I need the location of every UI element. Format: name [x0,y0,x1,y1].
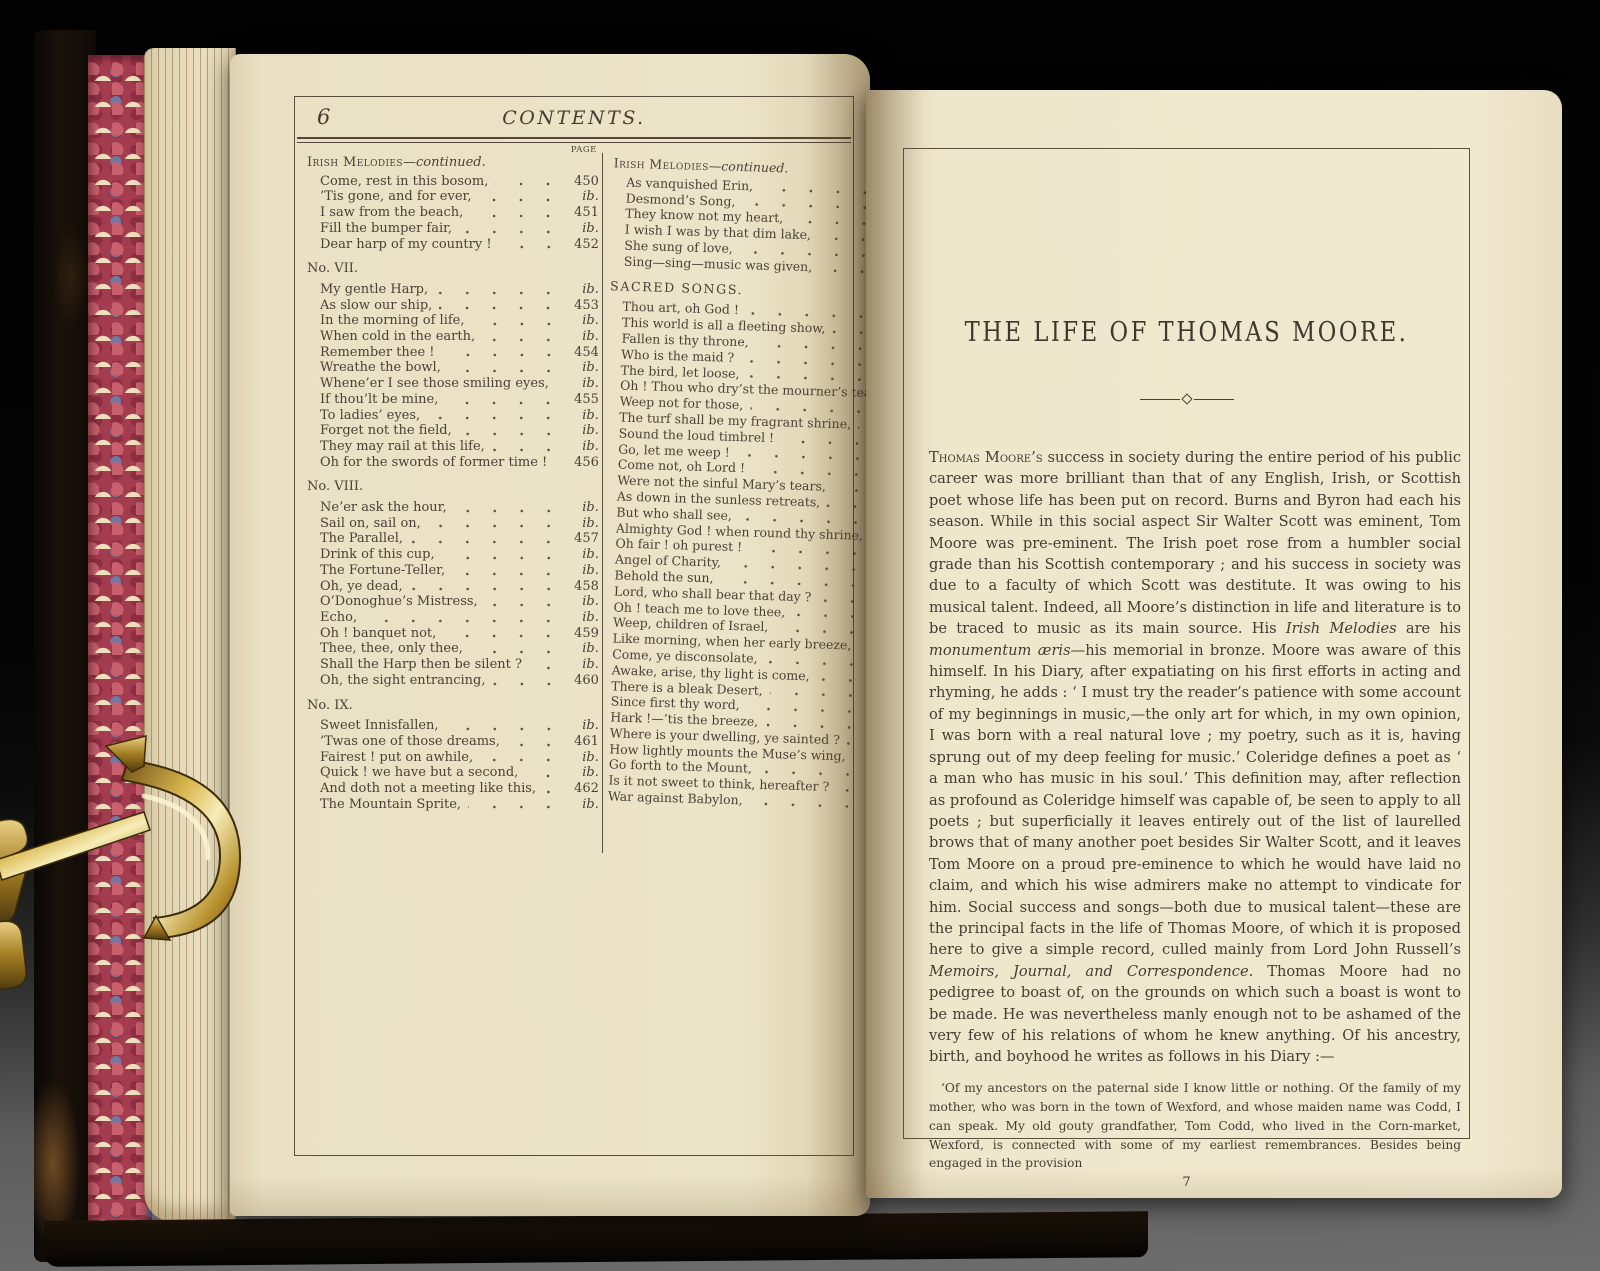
dot-leader [468,801,562,811]
entry-page: 452 [567,237,599,253]
dot-leader [410,536,562,546]
section-heading: No. VII. [307,261,599,277]
contents-entry: Drink of this cup,ib. [307,547,599,563]
entry-title: Oh for the swords of former time ! [320,455,547,471]
contents-entry: Oh for the swords of former time !456 [307,455,599,471]
book-cover-bottom-edge [44,1211,1148,1267]
contents-entry: Remember thee !454 [307,345,599,361]
dot-leader [480,754,562,764]
contents-entry: Forget not the field,ib. [307,423,599,439]
dot-leader [499,241,562,251]
dot-leader [442,552,562,562]
italic-phrase: monumentum æris [929,642,1071,659]
photo-background: 6 CONTENTS. Irish Melodies—continued.PAG… [0,0,1600,1271]
entry-page: 450 [567,174,599,190]
dot-leader [459,428,562,438]
entry-page: ib. [567,221,599,237]
dot-leader [495,178,562,188]
contents-entry: Thee, thee, only thee,ib. [307,641,599,657]
page-number-right: 7 [904,1175,1469,1190]
diamond-ornament-icon [1181,393,1192,404]
dot-leader [459,226,562,236]
divider-line [1194,399,1234,400]
entry-title: Ne’er ask the hour, [320,500,447,516]
dot-leader [445,397,562,407]
contents-entry: ’Twas one of those dreams,461 [307,734,599,750]
dot-leader [493,678,562,688]
column-heading-italic: —continued. [708,158,788,175]
clasp-hinge [0,921,26,990]
italic-phrase: Irish Melodies [1286,620,1397,637]
contents-entry: Quick ! we have but a second,ib. [307,765,599,781]
book-cover-spine [34,30,96,1262]
ornamental-divider [904,395,1469,403]
column-heading-italic: —continued. [403,155,486,170]
entry-title: O’Donoghue’s Mistress, [320,594,478,610]
entry-title: Fairest ! put on awhile, [320,750,473,766]
entry-page: ib. [567,282,599,298]
contents-entry: And doth not a meeting like this,462 [307,781,599,797]
entry-title: ’Twas one of those dreams, [320,734,500,750]
dot-leader [478,194,561,204]
entry-title: Oh, ye dead, [320,579,403,595]
contents-entry: Come, rest in this bosom,450 [307,174,599,190]
body-paragraph: Thomas Moore’s success in society during… [929,447,1461,1068]
page-edge-stack [144,48,236,1222]
contents-entry: I saw from the beach,451 [307,205,599,221]
quote-paragraph: ‘Of my ancestors on the paternal side I … [929,1079,1461,1174]
contents-entry: Shall the Harp then be silent ?ib. [307,657,599,673]
entry-title: The Parallel, [320,531,403,547]
contents-entry: When cold in the earth,ib. [307,329,599,345]
entry-title: The Fortune-Teller, [320,563,445,579]
contents-entry: To ladies’ eyes,ib. [307,408,599,424]
contents-entry: Fill the bumper fair,ib. [307,221,599,237]
entry-title: Wreathe the bowl, [320,360,441,376]
entry-title: ’Tis gone, and for ever, [320,189,471,205]
entry-page: 456 [567,455,599,471]
entry-page: 454 [567,345,599,361]
column-heading-smallcaps: Irish Melodies [307,155,403,170]
dot-leader [525,770,562,780]
lead-smallcaps: Thomas Moore’s [929,449,1043,466]
column-heading-smallcaps: Irish Melodies [613,155,708,173]
clasp-anchor-bow [122,760,240,938]
page-column-label: PAGE [571,143,597,159]
italic-phrase: Memoirs, Journal, and Correspondence [929,963,1249,980]
dot-leader [446,723,562,733]
contents-entry: Echo,ib. [307,610,599,626]
dot-leader [472,318,562,328]
dot-leader [428,520,562,530]
contents-entry: Whene’er I see those smiling eyes,ib. [307,376,599,392]
contents-frame: 6 CONTENTS. Irish Melodies—continued.PAG… [294,96,854,1156]
contents-entry: Sail on, sail on,ib. [307,516,599,532]
dot-leader [454,505,562,515]
contents-entry: O’Donoghue’s Mistress,ib. [307,594,599,610]
entry-title: Dear harp of my country ! [320,237,492,253]
entry-page: ib. [567,423,599,439]
dot-leader [364,615,562,625]
body-text: success in society during the entire per… [929,449,1461,637]
contents-page-header: 6 CONTENTS. [299,103,849,133]
dot-leader [452,568,562,578]
dot-leader [410,583,562,593]
body-text: —his memorial in bronze. Moore was aware… [929,642,1461,959]
dot-leader [443,630,562,640]
entry-title: Echo, [320,610,357,626]
entry-title: To ladies’ eyes, [320,408,420,424]
contents-entry: Oh, ye dead,458 [307,579,599,595]
entry-page: 451 [567,205,599,221]
entry-title: Whene’er I see those smiling eyes, [320,376,549,392]
contents-entry: Sweet Innisfallen,ib. [307,718,599,734]
chapter-title: THE LIFE OF THOMAS MOORE. [949,317,1424,348]
entry-title: Drink of this cup, [320,547,435,563]
contents-entry: Dear harp of my country !452 [307,237,599,253]
entry-page: ib. [567,189,599,205]
clasp-top-fluke [106,736,146,772]
entry-title: War against Babylon, [608,788,743,808]
entry-title: If thou’lt be mine, [320,392,438,408]
dot-leader [554,459,562,469]
column-heading: Irish Melodies—continued.PAGE [307,155,599,171]
dot-leader [442,349,562,359]
entry-page: ib. [567,313,599,329]
entry-title: They may rail at this life, [320,439,485,455]
dot-leader [482,334,562,344]
contents-header: CONTENTS. [299,107,849,129]
entry-title: As slow our ship, [320,298,432,314]
entry-title: Quick ! we have but a second, [320,765,518,781]
contents-column-1: Irish Melodies—continued.PAGECome, rest … [307,155,605,812]
entry-title: Shall the Harp then be silent ? [320,657,522,673]
marbled-endpaper [88,55,152,1235]
dot-leader [492,444,562,454]
contents-entry: The Mountain Sprite,ib. [307,797,599,813]
left-page: 6 CONTENTS. Irish Melodies—continued.PAG… [230,54,870,1216]
dot-leader [485,599,562,609]
section-heading: No. IX. [307,698,599,714]
contents-entry: My gentle Harp,ib. [307,282,599,298]
entry-page: ib. [567,360,599,376]
contents-columns: Irish Melodies—continued.PAGECome, rest … [295,143,853,812]
section-heading: No. VIII. [307,479,599,495]
contents-entry: Oh ! banquet not,459 [307,626,599,642]
entry-title: Come, rest in this bosom, [320,174,488,190]
contents-entry: They may rail at this life,ib. [307,439,599,455]
entry-page: 453 [567,298,599,314]
entry-page: ib. [567,329,599,345]
dot-leader [470,646,562,656]
contents-entry: ’Tis gone, and for ever,ib. [307,189,599,205]
divider-line [1140,399,1180,400]
dot-leader [439,302,562,312]
entry-title: Remember thee ! [320,345,435,361]
dot-leader [529,662,562,672]
dot-leader [543,786,562,796]
body-text: are his [1397,620,1461,637]
entry-page: ib. [567,439,599,455]
brass-clasp [0,726,268,1022]
entry-title: Oh, the sight entrancing, [320,673,486,689]
dot-leader [448,365,562,375]
chapter-frame: THE LIFE OF THOMAS MOORE. Thomas Moore’s… [903,148,1470,1139]
entry-title: Sail on, sail on, [320,516,421,532]
entry-title: My gentle Harp, [320,282,428,298]
contents-entry: The Parallel,457 [307,531,599,547]
dot-leader [427,412,562,422]
entry-page: ib. [567,408,599,424]
entry-title: And doth not a meeting like this, [320,781,536,797]
entry-title: Oh ! banquet not, [320,626,436,642]
entry-title: Forget not the field, [320,423,452,439]
entry-title: Thee, thee, only thee, [320,641,463,657]
entry-title: I saw from the beach, [320,205,463,221]
entry-title: In the morning of life, [320,313,465,329]
contents-entry: Oh, the sight entrancing,460 [307,673,599,689]
dot-leader [470,210,562,220]
entry-page: ib. [567,376,599,392]
dot-leader [556,381,562,391]
entry-title: When cold in the earth, [320,329,475,345]
entry-title: Fill the bumper fair, [320,221,452,237]
entry-title: The Mountain Sprite, [320,797,461,813]
contents-entry: Ne’er ask the hour,ib. [307,500,599,516]
contents-entry: Fairest ! put on awhile,ib. [307,750,599,766]
contents-entry: In the morning of life,ib. [307,313,599,329]
contents-entry: If thou’lt be mine,455 [307,392,599,408]
contents-entry: As slow our ship,453 [307,298,599,314]
entry-page: 455 [567,392,599,408]
dot-leader [507,739,562,749]
right-page: THE LIFE OF THOMAS MOORE. Thomas Moore’s… [866,90,1562,1198]
dot-leader [435,287,562,297]
entry-title: Sweet Innisfallen, [320,718,439,734]
contents-entry: The Fortune-Teller,ib. [307,563,599,579]
contents-entry: Wreathe the bowl,ib. [307,360,599,376]
